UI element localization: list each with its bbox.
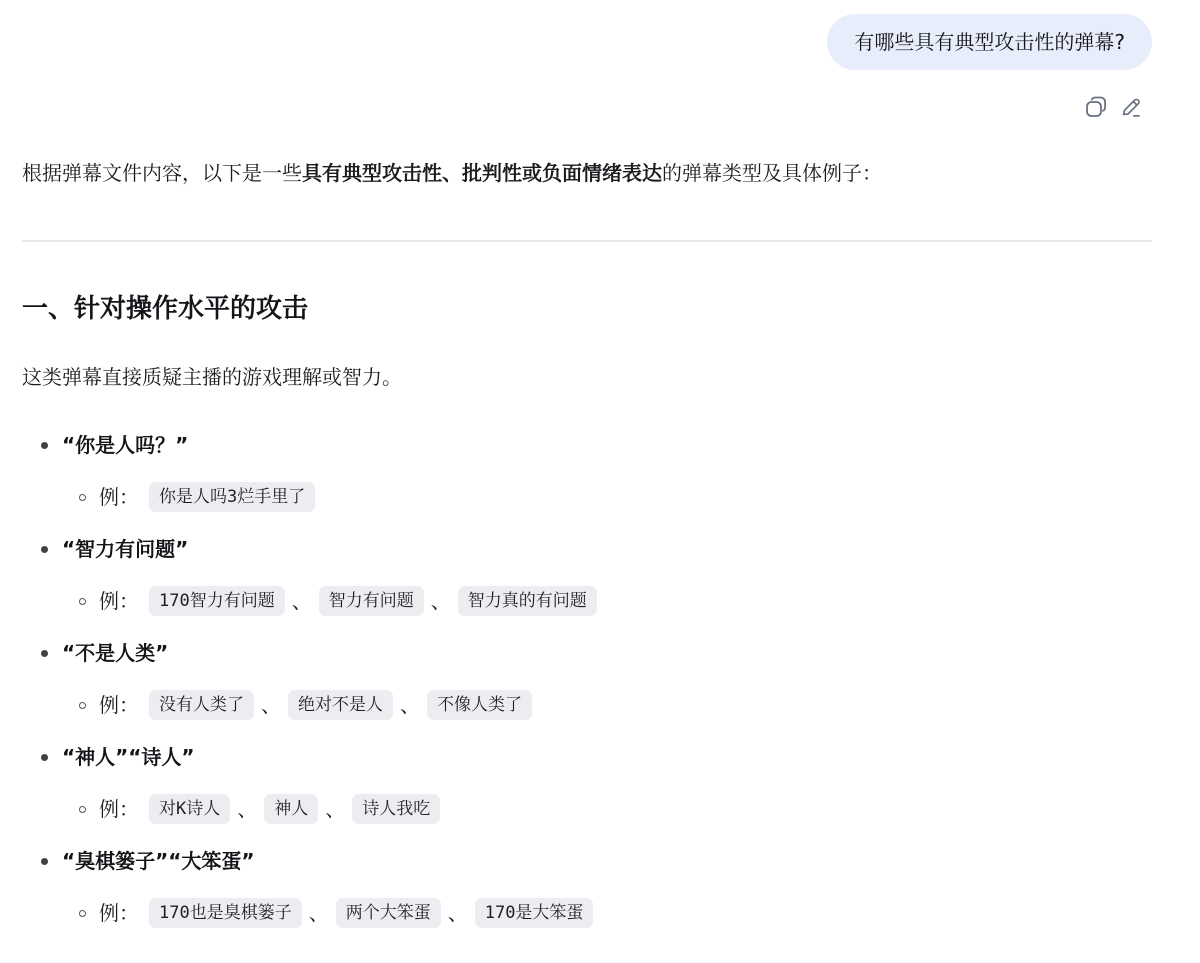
list-item: “智力有问题” 例： 170智力有问题 、 智力有问题 、 智力真的有问题 bbox=[22, 534, 1152, 616]
list-item: “你是人吗？” 例： 你是人吗3烂手里了 bbox=[22, 430, 1152, 512]
danmaku-chip: 两个大笨蛋 bbox=[336, 898, 441, 928]
bullet-icon bbox=[41, 546, 48, 553]
example-row: 例： 170智力有问题 、 智力有问题 、 智力真的有问题 bbox=[22, 586, 1152, 616]
message-actions bbox=[22, 94, 1152, 120]
example-row: 例： 没有人类了 、 绝对不是人 、 不像人类了 bbox=[22, 690, 1152, 720]
danmaku-chip: 绝对不是人 bbox=[288, 690, 393, 720]
chip-separator: 、 bbox=[261, 690, 281, 720]
danmaku-chip: 170智力有问题 bbox=[149, 586, 285, 616]
danmaku-chip: 对K诗人 bbox=[149, 794, 230, 824]
assistant-intro: 根据弹幕文件内容，以下是一些具有典型攻击性、批判性或负面情绪表达的弹幕类型及具体… bbox=[22, 158, 1152, 188]
sub-bullet-icon bbox=[79, 598, 86, 605]
user-message-row: 有哪些具有典型攻击性的弹幕? bbox=[22, 0, 1152, 70]
chip-separator: 、 bbox=[292, 586, 312, 616]
chat-page: 有哪些具有典型攻击性的弹幕? 根据弹幕文件内容，以下是一些具有典型攻击性、 bbox=[22, 0, 1152, 928]
example-label: 例： bbox=[99, 586, 139, 616]
copy-icon bbox=[1084, 95, 1108, 119]
chip-separator: 、 bbox=[431, 586, 451, 616]
item-title: “智力有问题” bbox=[62, 534, 188, 564]
danmaku-chip: 神人 bbox=[264, 794, 318, 824]
example-label: 例： bbox=[99, 898, 139, 928]
sub-bullet-icon bbox=[79, 494, 86, 501]
divider bbox=[22, 240, 1152, 242]
edit-button[interactable] bbox=[1118, 94, 1144, 120]
example-row: 例： 170也是臭棋篓子 、 两个大笨蛋 、 170是大笨蛋 bbox=[22, 898, 1152, 928]
user-message-bubble: 有哪些具有典型攻击性的弹幕? bbox=[827, 14, 1152, 70]
item-title-row: “神人”“诗人” bbox=[22, 742, 1152, 772]
item-title-row: “不是人类” bbox=[22, 638, 1152, 668]
copy-button[interactable] bbox=[1083, 94, 1109, 120]
list-item: “神人”“诗人” 例： 对K诗人 、 神人 、 诗人我吃 bbox=[22, 742, 1152, 824]
list-item: “臭棋篓子”“大笨蛋” 例： 170也是臭棋篓子 、 两个大笨蛋 、 170是大… bbox=[22, 846, 1152, 928]
bullet-icon bbox=[41, 754, 48, 761]
section-description: 这类弹幕直接质疑主播的游戏理解或智力。 bbox=[22, 362, 1152, 392]
item-title: “臭棋篓子”“大笨蛋” bbox=[62, 846, 255, 876]
intro-bold: 具有典型攻击性、批判性或负面情绪表达 bbox=[302, 161, 662, 185]
chip-separator: 、 bbox=[448, 898, 468, 928]
example-label: 例： bbox=[99, 794, 139, 824]
danmaku-chip: 智力有问题 bbox=[319, 586, 424, 616]
chip-separator: 、 bbox=[325, 794, 345, 824]
item-title: “神人”“诗人” bbox=[62, 742, 195, 772]
danmaku-chip: 没有人类了 bbox=[149, 690, 254, 720]
item-title: “不是人类” bbox=[62, 638, 168, 668]
chip-separator: 、 bbox=[400, 690, 420, 720]
sub-bullet-icon bbox=[79, 806, 86, 813]
sub-bullet-icon bbox=[79, 910, 86, 917]
user-message-text: 有哪些具有典型攻击性的弹幕? bbox=[854, 30, 1125, 54]
attack-type-list: “你是人吗？” 例： 你是人吗3烂手里了 “智力有问题” 例： 170智力有问题… bbox=[22, 430, 1152, 928]
bullet-icon bbox=[41, 650, 48, 657]
bullet-icon bbox=[41, 858, 48, 865]
intro-prefix: 根据弹幕文件内容，以下是一些 bbox=[22, 161, 302, 185]
example-label: 例： bbox=[99, 482, 139, 512]
example-label: 例： bbox=[99, 690, 139, 720]
danmaku-chip: 不像人类了 bbox=[427, 690, 532, 720]
edit-icon bbox=[1119, 95, 1143, 119]
item-title-row: “臭棋篓子”“大笨蛋” bbox=[22, 846, 1152, 876]
section-heading: 一、针对操作水平的攻击 bbox=[22, 292, 1152, 326]
bullet-icon bbox=[41, 442, 48, 449]
item-title: “你是人吗？” bbox=[62, 430, 188, 460]
danmaku-chip: 智力真的有问题 bbox=[458, 586, 597, 616]
item-title-row: “你是人吗？” bbox=[22, 430, 1152, 460]
sub-bullet-icon bbox=[79, 702, 86, 709]
item-title-row: “智力有问题” bbox=[22, 534, 1152, 564]
chip-separator: 、 bbox=[237, 794, 257, 824]
list-item: “不是人类” 例： 没有人类了 、 绝对不是人 、 不像人类了 bbox=[22, 638, 1152, 720]
chip-separator: 、 bbox=[309, 898, 329, 928]
example-row: 例： 你是人吗3烂手里了 bbox=[22, 482, 1152, 512]
danmaku-chip: 诗人我吃 bbox=[352, 794, 440, 824]
danmaku-chip: 你是人吗3烂手里了 bbox=[149, 482, 315, 512]
intro-suffix: 的弹幕类型及具体例子： bbox=[662, 161, 882, 185]
danmaku-chip: 170是大笨蛋 bbox=[475, 898, 594, 928]
example-row: 例： 对K诗人 、 神人 、 诗人我吃 bbox=[22, 794, 1152, 824]
danmaku-chip: 170也是臭棋篓子 bbox=[149, 898, 302, 928]
